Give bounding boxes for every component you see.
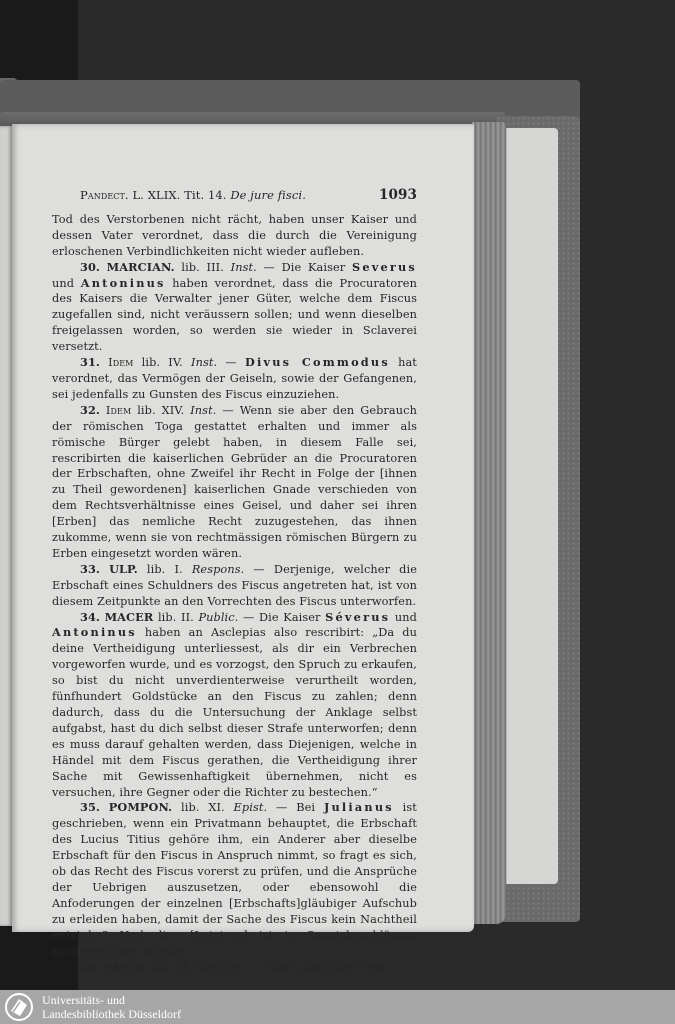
fragment-author: Idem: [106, 404, 131, 417]
library-footer-bar: Universitäts- und Landesbibliothek Düsse…: [0, 990, 675, 1024]
fragment-dash: —: [253, 563, 264, 576]
fragment-author: Idem: [108, 356, 133, 369]
fragment-book: lib. III.: [152, 961, 192, 974]
header-subject: De jure fisci.: [230, 188, 306, 202]
paragraph-33: 33. ULP. lib. I. Respons. — Derjenige, w…: [52, 562, 417, 610]
paragraph-text: Die Kaiser: [282, 261, 346, 274]
paragraph-31: 31. Idem lib. IV. Inst. — Divus Commodus…: [52, 355, 417, 403]
fragment-dash: —: [251, 961, 262, 974]
paragraph-text: Tod des Verstorbenen nicht rächt, haben …: [52, 213, 417, 258]
fragment-book: lib. II.: [158, 611, 194, 624]
fragment-work: Inst.: [191, 356, 217, 369]
paragraph-text: und: [395, 611, 417, 624]
library-name[interactable]: Universitäts- und Landesbibliothek Düsse…: [42, 993, 181, 1021]
ulb-logo-icon[interactable]: [2, 990, 36, 1024]
fragment-author: MACER: [105, 610, 154, 624]
fragment-number: 31.: [80, 355, 100, 369]
spaced-name: Antoninus: [52, 625, 137, 639]
paragraph-text: haben an Asclepias also rescribirt: „Da …: [52, 626, 417, 798]
fragment-number: 34.: [80, 610, 100, 624]
paragraph-text: Sind Landgüter vom: [266, 961, 385, 974]
fragment-number: 33.: [80, 562, 100, 576]
paragraph-36: 36. PAPIN. lib. III. Respons. — Sind Lan…: [52, 960, 417, 976]
fragment-book: lib. IV.: [142, 356, 183, 369]
paragraph-continuation: Tod des Verstorbenen nicht rächt, haben …: [52, 212, 417, 260]
fragment-work: Epist.: [234, 801, 268, 814]
fragment-author: PAPIN.: [104, 960, 148, 974]
fragment-dash: —: [264, 261, 275, 274]
fragment-number: 35.: [80, 800, 100, 814]
paragraph-text: Bei: [296, 801, 315, 814]
running-title: Pandect. L. XLIX. Tit. 14. De jure fisci…: [52, 188, 306, 204]
fragment-work: Respons.: [192, 563, 245, 576]
fragment-number: 32.: [80, 403, 100, 417]
library-name-line2: Landesbibliothek Düsseldorf: [42, 1007, 181, 1021]
paragraph-35: 35. POMPON. lib. XI. Epist. — Bei Julian…: [52, 800, 417, 959]
fragment-work: Inst.: [190, 404, 216, 417]
paragraph-34: 34. MACER lib. II. Public. — Die Kaiser …: [52, 610, 417, 801]
paragraph-text: Wenn sie aber den Gebrauch der römischen…: [52, 404, 417, 560]
fragment-book: lib. XIV.: [137, 404, 184, 417]
page-text-block: Pandect. L. XLIX. Tit. 14. De jure fisci…: [52, 188, 417, 975]
endpaper: [506, 128, 558, 884]
fragment-work: Inst.: [231, 261, 257, 274]
fragment-author: MARCIAN.: [107, 260, 175, 274]
fragment-number: 36.: [80, 960, 100, 974]
header-pandect: Pandect.: [80, 188, 129, 202]
header-book: L. XLIX.: [132, 188, 180, 202]
fragment-work: Respons.: [195, 961, 248, 974]
library-name-line1: Universitäts- und: [42, 993, 181, 1007]
spaced-name: Séverus: [325, 610, 390, 624]
header-title: Tit. 14.: [184, 188, 226, 202]
fragment-author: ULP.: [109, 562, 138, 576]
fragment-book: lib. XI.: [181, 801, 225, 814]
fragment-dash: —: [243, 611, 254, 624]
fragment-dash: —: [276, 801, 287, 814]
page-number: 1093: [379, 188, 417, 204]
fragment-work: Public.: [198, 611, 238, 624]
fragment-book: lib. III.: [181, 261, 224, 274]
left-page-strip: [0, 126, 12, 926]
book-page: Pandect. L. XLIX. Tit. 14. De jure fisci…: [12, 124, 474, 932]
spaced-name: Antoninus: [81, 276, 166, 290]
spaced-name: Divus Commodus: [245, 355, 390, 369]
fragment-number: 30.: [80, 260, 100, 274]
spaced-name: Severus: [352, 260, 417, 274]
fragment-author: POMPON.: [109, 800, 172, 814]
paragraph-text: und: [52, 277, 74, 290]
fragment-book: lib. I.: [147, 563, 183, 576]
page-block-edges: [472, 122, 506, 924]
running-header: Pandect. L. XLIX. Tit. 14. De jure fisci…: [52, 188, 417, 204]
fragment-dash: —: [222, 404, 233, 417]
paragraph-32: 32. Idem lib. XIV. Inst. — Wenn sie aber…: [52, 403, 417, 562]
fragment-dash: —: [225, 356, 236, 369]
paragraph-30: 30. MARCIAN. lib. III. Inst. — Die Kaise…: [52, 260, 417, 355]
spaced-name: Julianus: [324, 800, 394, 814]
paragraph-text: ist geschrieben, wenn ein Privatmann beh…: [52, 801, 417, 957]
paragraph-text: Die Kaiser: [259, 611, 321, 624]
